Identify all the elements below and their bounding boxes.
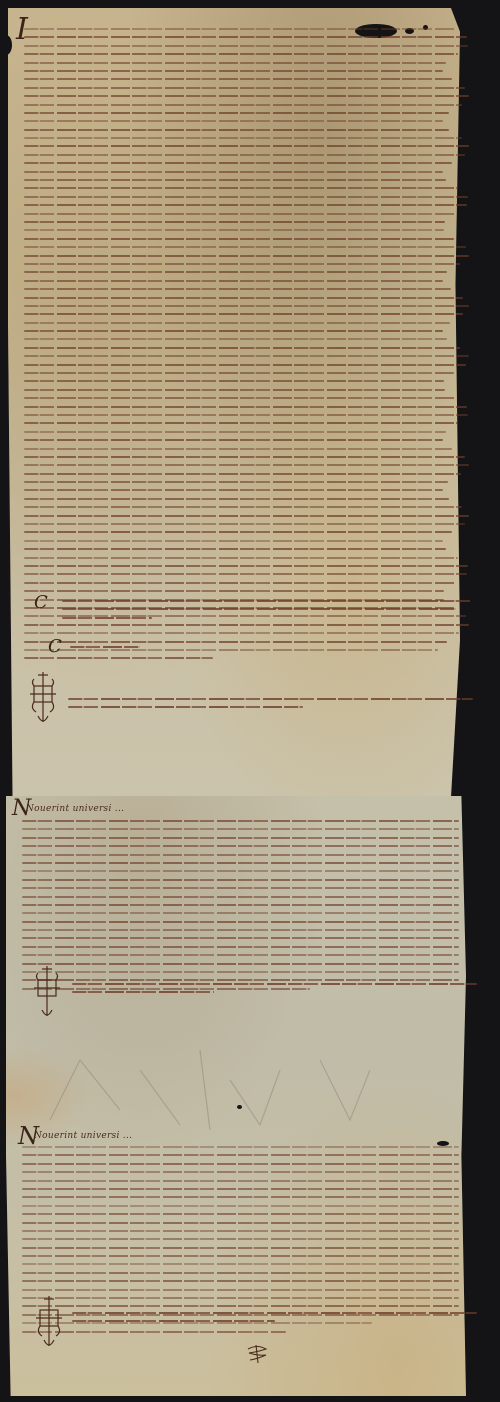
manuscript-line: [24, 229, 444, 231]
manuscript-line: [24, 213, 456, 215]
manuscript-line: [24, 582, 456, 584]
manuscript-line: [24, 246, 466, 248]
manuscript-line: [22, 1163, 459, 1165]
manuscript-line: [24, 632, 459, 634]
manuscript-line: [22, 1196, 459, 1198]
notary-signum-icon: [32, 966, 62, 1021]
manuscript-line: [24, 297, 463, 299]
manuscript-line: [24, 330, 443, 332]
manuscript-line: [24, 389, 445, 391]
manuscript-line: [22, 854, 459, 856]
notary-signum-icon: [34, 1296, 64, 1351]
manuscript-line: [22, 879, 459, 881]
instrument-1-subscription: [62, 600, 472, 625]
instrument-1-body: (function(){ var n=76, h=''; for (var i=…: [24, 28, 474, 666]
manuscript-line: [22, 1238, 459, 1240]
manuscript-line: [24, 305, 469, 307]
manuscript-line: [24, 355, 469, 357]
instrument-2-incipit: Nouerint universi ...: [26, 804, 124, 814]
manuscript-line: [24, 531, 452, 533]
manuscript-line: [22, 1146, 459, 1148]
witnesses-flourish: C: [48, 636, 62, 657]
manuscript-line: [24, 171, 443, 173]
manuscript-line: [24, 28, 456, 30]
manuscript-line: [24, 473, 461, 475]
manuscript-line: [24, 481, 448, 483]
manuscript-line: [22, 1280, 459, 1282]
manuscript-line: [24, 179, 446, 181]
manuscript-line: [22, 1289, 459, 1291]
manuscript-line: [24, 255, 469, 257]
manuscript-line: [24, 464, 469, 466]
manuscript-line: [24, 414, 468, 416]
hole: [0, 35, 12, 55]
manuscript-line: [22, 954, 459, 956]
manuscript-line: [24, 271, 447, 273]
notary-subscription-1: [68, 698, 473, 715]
instrument-1-witnesses: [70, 646, 140, 654]
manuscript-line: [22, 828, 459, 830]
instrument-3-incipit: Nouerint universi ...: [34, 1131, 132, 1141]
manuscript-line: [22, 1263, 459, 1265]
manuscript-line: [24, 565, 468, 567]
manuscript-line: [22, 1255, 459, 1257]
manuscript-line: [24, 573, 467, 575]
manuscript-line: [22, 1213, 459, 1215]
notary-subscription-2: [72, 983, 477, 1000]
manuscript-line: [22, 1171, 459, 1173]
manuscript-line: [24, 78, 452, 80]
manuscript-line: [22, 870, 459, 872]
manuscript-line: [24, 87, 465, 89]
subscription-flourish: C: [34, 592, 48, 613]
manuscript-line: [22, 929, 459, 931]
manuscript-line: [24, 498, 449, 500]
manuscript-line: [24, 45, 468, 47]
manuscript-line: [22, 921, 459, 923]
manuscript-line: [24, 313, 463, 315]
manuscript-line: [24, 36, 467, 38]
manuscript-line: [24, 338, 447, 340]
manuscript-line: [24, 347, 460, 349]
manuscript-line: [22, 946, 459, 948]
manuscript-line: [22, 1247, 459, 1249]
manuscript-line: [24, 506, 462, 508]
manuscript-line: [22, 1180, 459, 1182]
manuscript-line: [24, 263, 460, 265]
manuscript-line: [24, 397, 456, 399]
manuscript-line: [24, 280, 443, 282]
manuscript-line: [22, 937, 459, 939]
manuscript-line: [24, 53, 458, 55]
manuscript-line: [22, 963, 459, 965]
manuscript-line: [24, 62, 446, 64]
manuscript-line: [22, 1205, 459, 1207]
manuscript-line: [22, 1222, 459, 1224]
manuscript-line: [24, 489, 443, 491]
manuscript-line: [24, 380, 444, 382]
notary-subscription-3: [72, 1312, 477, 1329]
manuscript-line: [24, 112, 449, 114]
manuscript-line: [24, 196, 468, 198]
manuscript-line: [24, 523, 465, 525]
manuscript-line: [22, 1154, 459, 1156]
hole: [0, 195, 8, 209]
manuscript-line: [24, 372, 454, 374]
manuscript-line: [24, 104, 462, 106]
paraph-flourish-icon: [246, 1344, 268, 1364]
manuscript-line: [22, 971, 459, 973]
instrument-2-body: (function(){ var h=''; for (var i=0;i<21…: [22, 820, 472, 996]
manuscript-line: [22, 1297, 459, 1299]
manuscript-line: [24, 364, 466, 366]
manuscript-line: [24, 145, 469, 147]
manuscript-line: [24, 137, 462, 139]
manuscript-line: [22, 896, 459, 898]
manuscript-line: [24, 540, 443, 542]
manuscript-line: [24, 154, 465, 156]
manuscript-line: [24, 162, 452, 164]
manuscript-line: [22, 820, 459, 822]
manuscript-line: [24, 431, 446, 433]
manuscript-line: [24, 70, 443, 72]
manuscript-line: [24, 548, 446, 550]
manuscript-line: [22, 837, 459, 839]
manuscript-line: [24, 187, 458, 189]
manuscript-line: [24, 657, 213, 659]
manuscript-line: [24, 95, 469, 97]
manuscript-line: [24, 129, 449, 131]
manuscript-line: [24, 590, 444, 592]
manuscript-line: [24, 288, 451, 290]
manuscript-line: [24, 422, 458, 424]
notary-signum-icon: [28, 672, 58, 727]
show-through-writing: [40, 1040, 420, 1130]
manuscript-line: [24, 322, 450, 324]
manuscript-line: [24, 204, 467, 206]
manuscript-line: [22, 1188, 459, 1190]
manuscript-line: [24, 238, 454, 240]
manuscript-line: [22, 904, 459, 906]
manuscript-line: [24, 557, 458, 559]
manuscript-line: [22, 1272, 459, 1274]
manuscript-line: [24, 448, 452, 450]
manuscript-line: [24, 120, 443, 122]
manuscript-line: [22, 887, 459, 889]
manuscript-line: [22, 912, 459, 914]
manuscript-line: [24, 221, 445, 223]
manuscript-line: [22, 845, 459, 847]
manuscript-line: [24, 515, 469, 517]
manuscript-line: [22, 862, 459, 864]
manuscript-line: [24, 406, 467, 408]
manuscript-line: [22, 1230, 459, 1232]
manuscript-line: [24, 456, 465, 458]
manuscript-line: [24, 439, 443, 441]
